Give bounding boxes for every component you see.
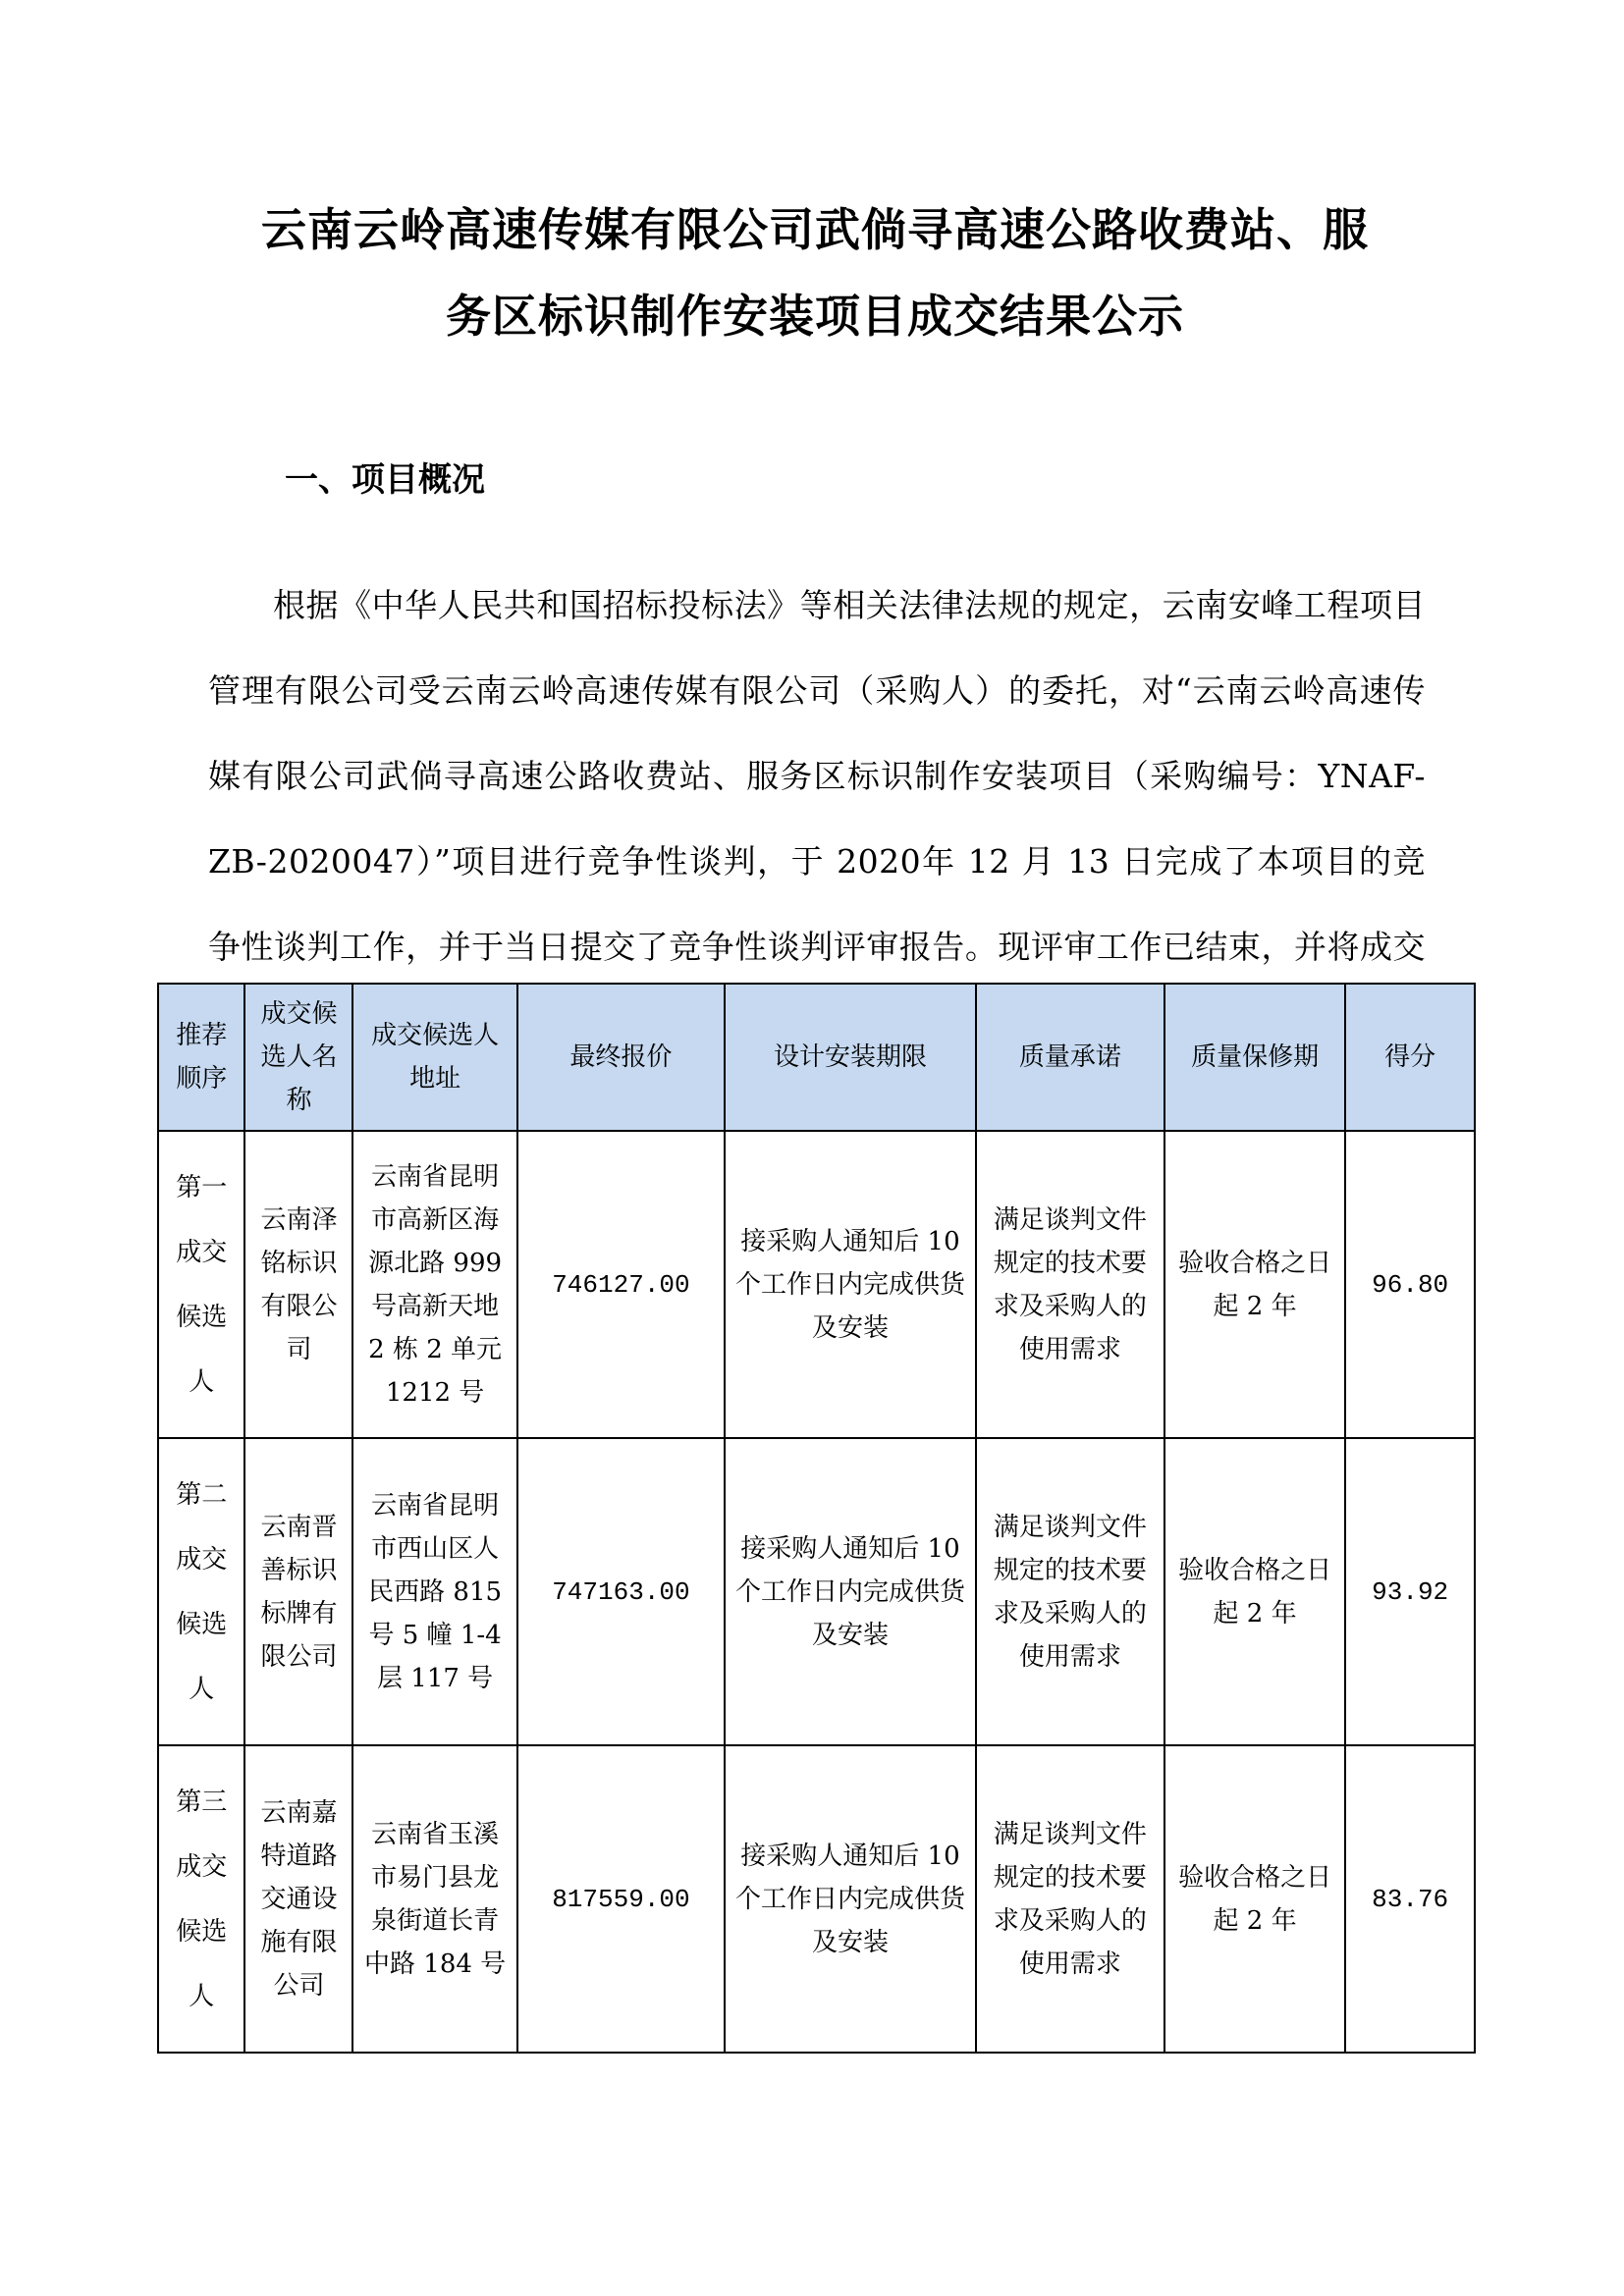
cell-period: 接采购人通知后 10 个工作日内完成供货及安装 xyxy=(725,1745,976,2053)
cell-quality: 满足谈判文件规定的技术要求及采购人的使用需求 xyxy=(976,1745,1164,2053)
header-price: 最终报价 xyxy=(517,984,725,1131)
cell-rank: 第三成交候选人 xyxy=(158,1745,244,2053)
cell-period: 接采购人通知后 10 个工作日内完成供货及安装 xyxy=(725,1131,976,1438)
cell-rank: 第二成交候选人 xyxy=(158,1438,244,1745)
cell-price: 746127.00 xyxy=(517,1131,725,1438)
table-header-row: 推荐顺序 成交候选人名称 成交候选人地址 最终报价 设计安装期限 质量承诺 质量… xyxy=(158,984,1475,1131)
title-line-2: 务区标识制作安装项目成交结果公示 xyxy=(137,273,1492,359)
title-line-1: 云南云岭高速传媒有限公司武倘寻高速公路收费站、服 xyxy=(137,187,1492,273)
header-address: 成交候选人地址 xyxy=(352,984,516,1131)
document-title: 云南云岭高速传媒有限公司武倘寻高速公路收费站、服 务区标识制作安装项目成交结果公… xyxy=(137,187,1492,359)
cell-warranty: 验收合格之日起 2 年 xyxy=(1164,1745,1345,2053)
cell-quality: 满足谈判文件规定的技术要求及采购人的使用需求 xyxy=(976,1131,1164,1438)
cell-name: 云南嘉特道路交通设施有限公司 xyxy=(244,1745,352,2053)
cell-address: 云南省昆明市高新区海源北路 999 号高新天地 2 栋 2 单元 1212 号 xyxy=(352,1131,516,1438)
table-row: 第三成交候选人 云南嘉特道路交通设施有限公司 云南省玉溪市易门县龙泉街道长青中路… xyxy=(158,1745,1475,2053)
cell-period: 接采购人通知后 10 个工作日内完成供货及安装 xyxy=(725,1438,976,1745)
cell-warranty: 验收合格之日起 2 年 xyxy=(1164,1131,1345,1438)
cell-score: 96.80 xyxy=(1345,1131,1475,1438)
cell-score: 93.92 xyxy=(1345,1438,1475,1745)
cell-address: 云南省昆明市西山区人民西路 815 号 5 幢 1-4 层 117 号 xyxy=(352,1438,516,1745)
cell-address: 云南省玉溪市易门县龙泉街道长青中路 184 号 xyxy=(352,1745,516,2053)
header-rank: 推荐顺序 xyxy=(158,984,244,1131)
cell-price: 747163.00 xyxy=(517,1438,725,1745)
header-quality: 质量承诺 xyxy=(976,984,1164,1131)
cell-quality: 满足谈判文件规定的技术要求及采购人的使用需求 xyxy=(976,1438,1164,1745)
header-name: 成交候选人名称 xyxy=(244,984,352,1131)
cell-name: 云南泽铭标识有限公司 xyxy=(244,1131,352,1438)
cell-name: 云南晋善标识标牌有限公司 xyxy=(244,1438,352,1745)
table-row: 第一成交候选人 云南泽铭标识有限公司 云南省昆明市高新区海源北路 999 号高新… xyxy=(158,1131,1475,1438)
header-warranty: 质量保修期 xyxy=(1164,984,1345,1131)
table-row: 第二成交候选人 云南晋善标识标牌有限公司 云南省昆明市西山区人民西路 815 号… xyxy=(158,1438,1475,1745)
header-period: 设计安装期限 xyxy=(725,984,976,1131)
header-score: 得分 xyxy=(1345,984,1475,1131)
section-heading: 一、项目概况 xyxy=(285,455,485,505)
cell-rank: 第一成交候选人 xyxy=(158,1131,244,1438)
cell-price: 817559.00 xyxy=(517,1745,725,2053)
cell-warranty: 验收合格之日起 2 年 xyxy=(1164,1438,1345,1745)
candidates-table: 推荐顺序 成交候选人名称 成交候选人地址 最终报价 设计安装期限 质量承诺 质量… xyxy=(157,983,1476,2054)
cell-score: 83.76 xyxy=(1345,1745,1475,2053)
